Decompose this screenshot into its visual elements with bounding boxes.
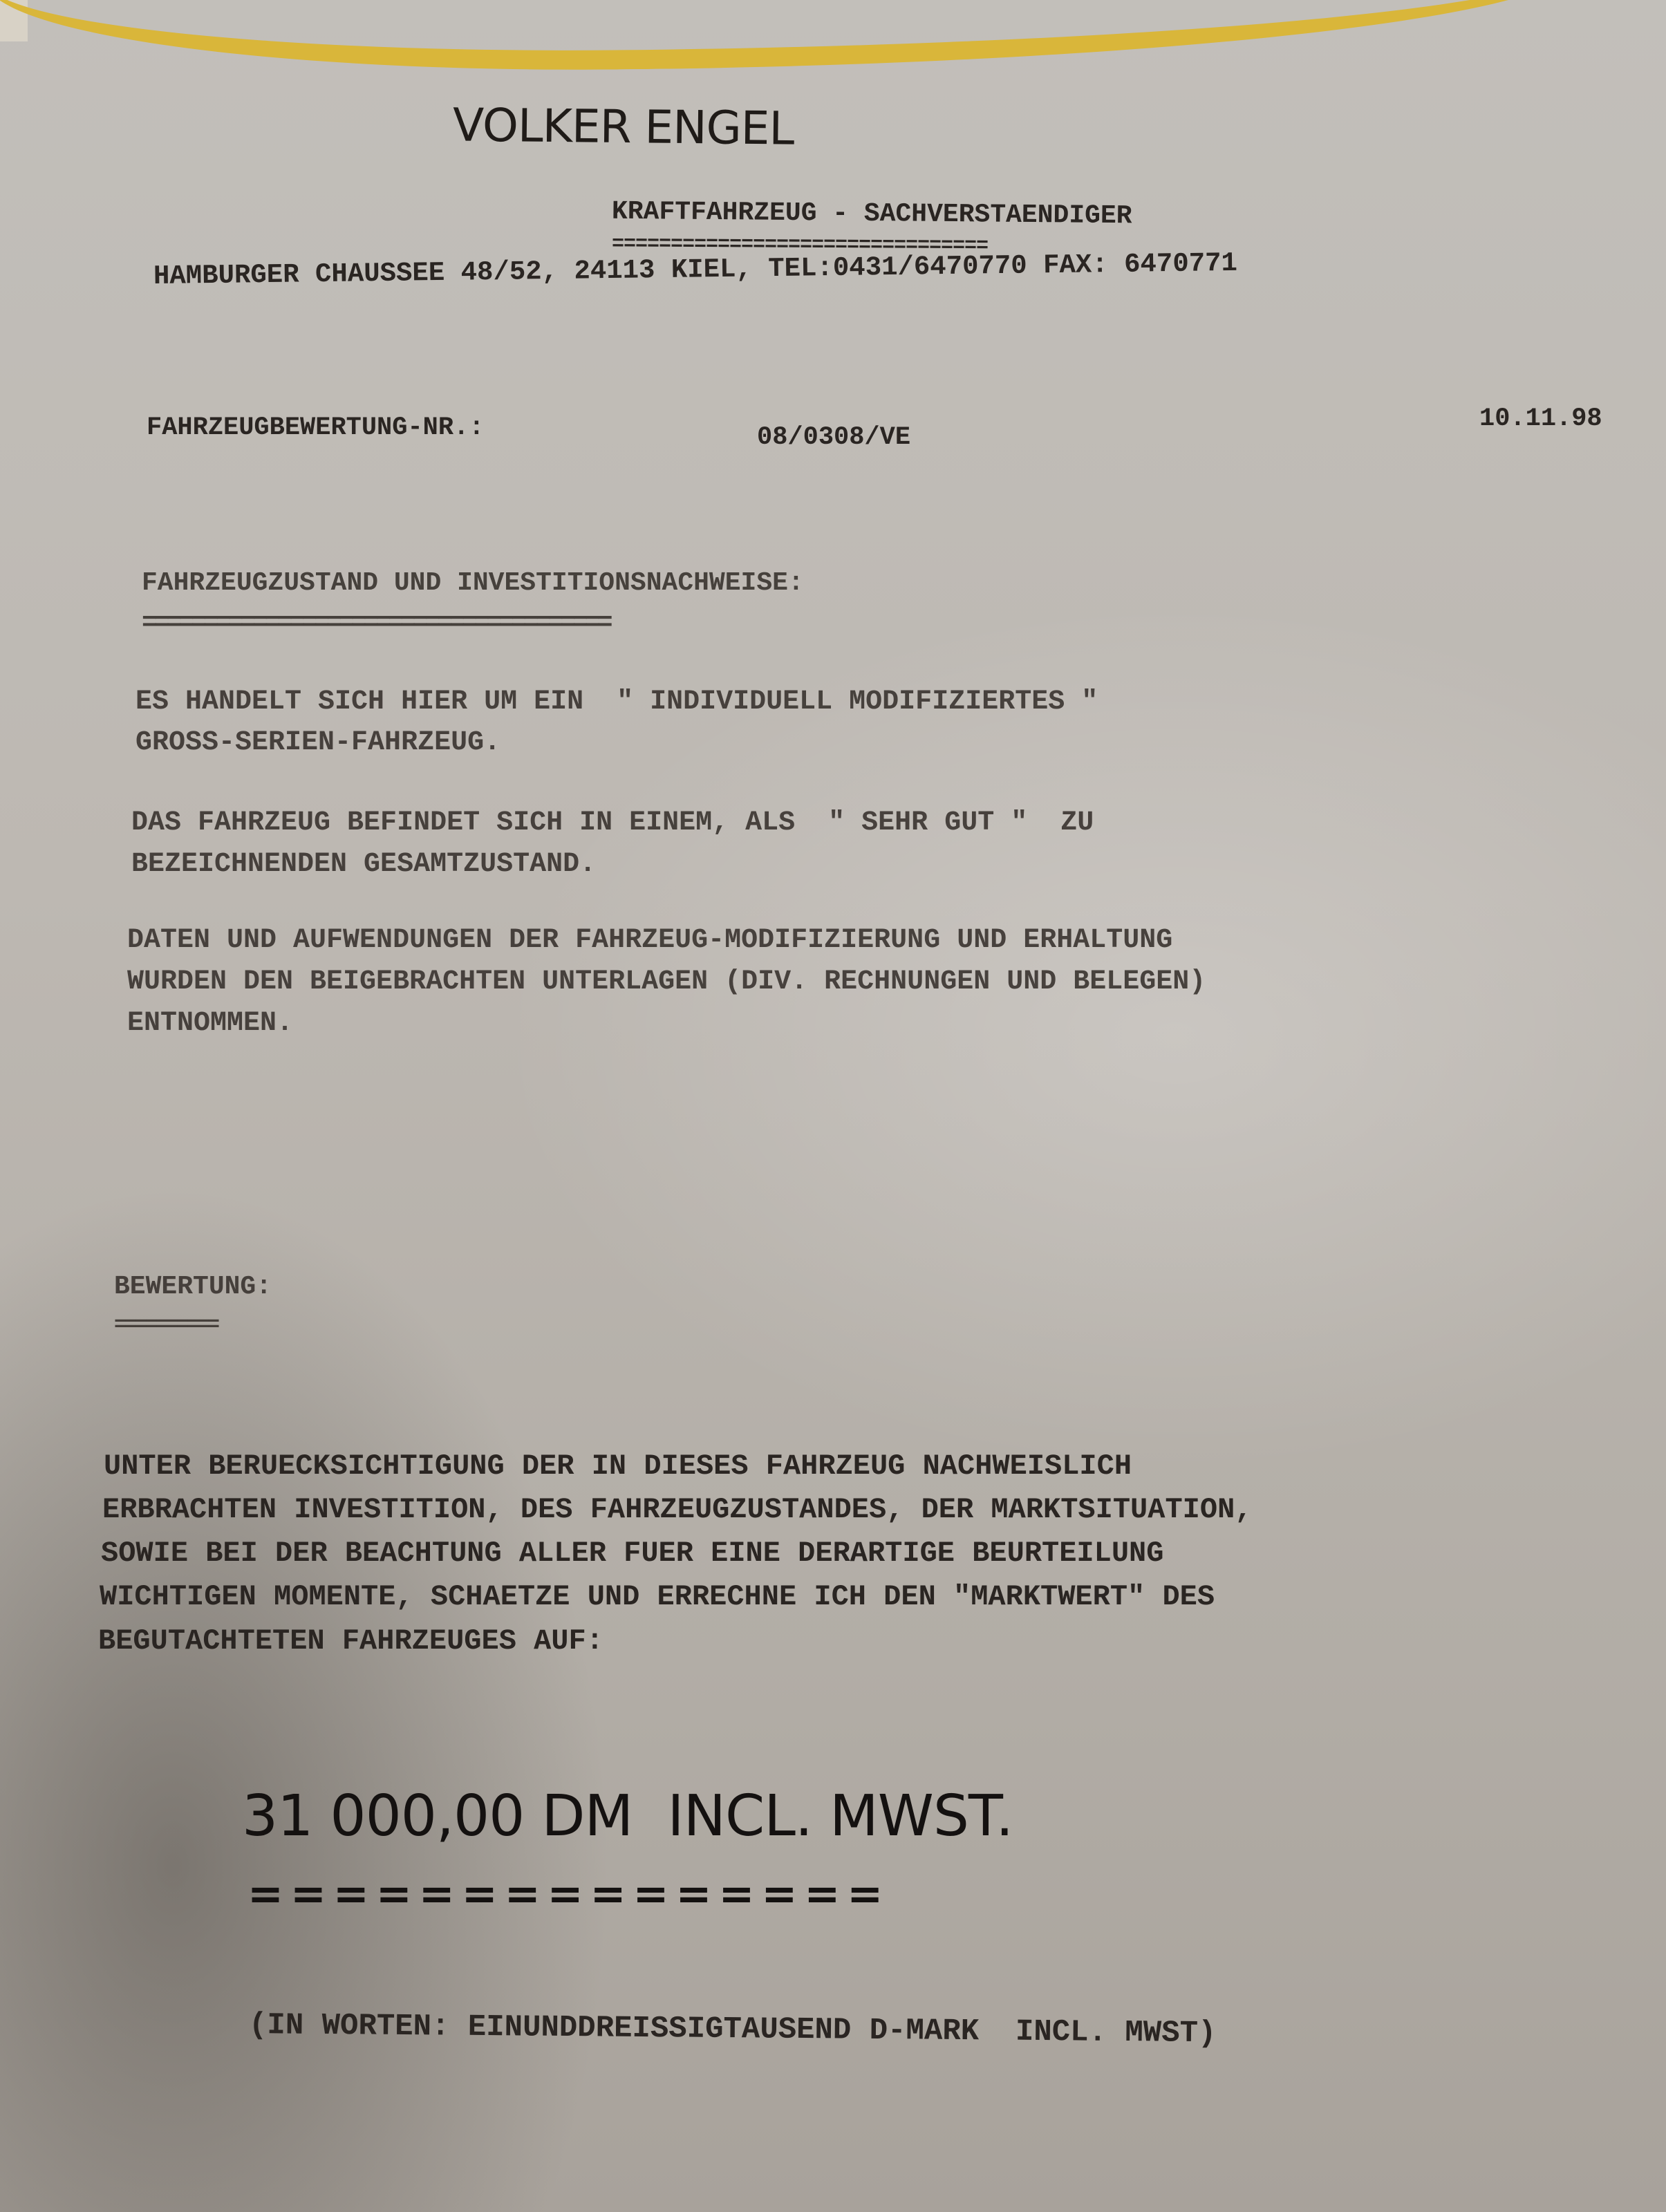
condition-heading: FAHRZEUGZUSTAND UND INVESTITIONSNACHWEIS…	[142, 568, 804, 598]
document-page: VOLKER ENGEL KRAFTFAHRZEUG - SACHVERSTAE…	[0, 0, 1666, 2212]
valuation-heading: BEWERTUNG:	[114, 1272, 272, 1302]
reference-label: FAHRZEUGBEWERTUNG-NR.:	[147, 413, 484, 442]
condition-paragraph-2-line-2: BEZEICHNENDEN GESAMTZUSTAND.	[131, 849, 596, 880]
valuation-line-2: ERBRACHTEN INVESTITION, DES FAHRZEUGZUST…	[102, 1493, 1252, 1526]
reference-number: 08/0308/VE	[757, 423, 910, 452]
condition-paragraph-1-line-2: GROSS-SERIEN-FAHRZEUG.	[135, 727, 500, 758]
market-value-rule: ===============	[247, 1868, 890, 1919]
letterhead-address: HAMBURGER CHAUSSEE 48/52, 24113 KIEL, TE…	[153, 248, 1237, 292]
valuation-line-3: SOWIE BEI DER BEACHTUNG ALLER FUER EINE …	[101, 1537, 1163, 1570]
document-date: 10.11.98	[1479, 404, 1602, 433]
valuation-heading-rule: ==========	[114, 1313, 218, 1337]
condition-paragraph-3-line-2: WURDEN DEN BEIGEBRACHTEN UNTERLAGEN (DIV…	[127, 966, 1206, 997]
market-value-in-words: (IN WORTEN: EINUNDDREISSIGTAUSEND D-MARK…	[249, 2008, 1217, 2051]
condition-paragraph-2-line-1: DAS FAHRZEUG BEFINDET SICH IN EINEM, ALS…	[131, 807, 1094, 838]
letterhead-name: VOLKER ENGEL	[453, 98, 794, 155]
folder-edge	[0, 0, 1577, 76]
condition-paragraph-3-line-1: DATEN UND AUFWENDUNGEN DER FAHRZEUG-MODI…	[127, 925, 1172, 956]
valuation-line-1: UNTER BERUECKSICHTIGUNG DER IN DIESES FA…	[104, 1450, 1132, 1483]
condition-paragraph-3-line-3: ENTNOMMEN.	[127, 1008, 293, 1039]
valuation-line-4: WICHTIGEN MOMENTE, SCHAETZE UND ERRECHNE…	[100, 1580, 1215, 1613]
condition-heading-rule: ======================================	[142, 608, 610, 638]
valuation-line-5: BEGUTACHTETEN FAHRZEUGES AUF:	[98, 1624, 603, 1658]
market-value-amount: 31 000,00 DM INCL. MWST.	[242, 1783, 1013, 1849]
condition-paragraph-1-line-1: ES HANDELT SICH HIER UM EIN " INDIVIDUEL…	[135, 686, 1098, 718]
letterhead-profession: KRAFTFAHRZEUG - SACHVERSTAENDIGER	[612, 197, 1132, 232]
